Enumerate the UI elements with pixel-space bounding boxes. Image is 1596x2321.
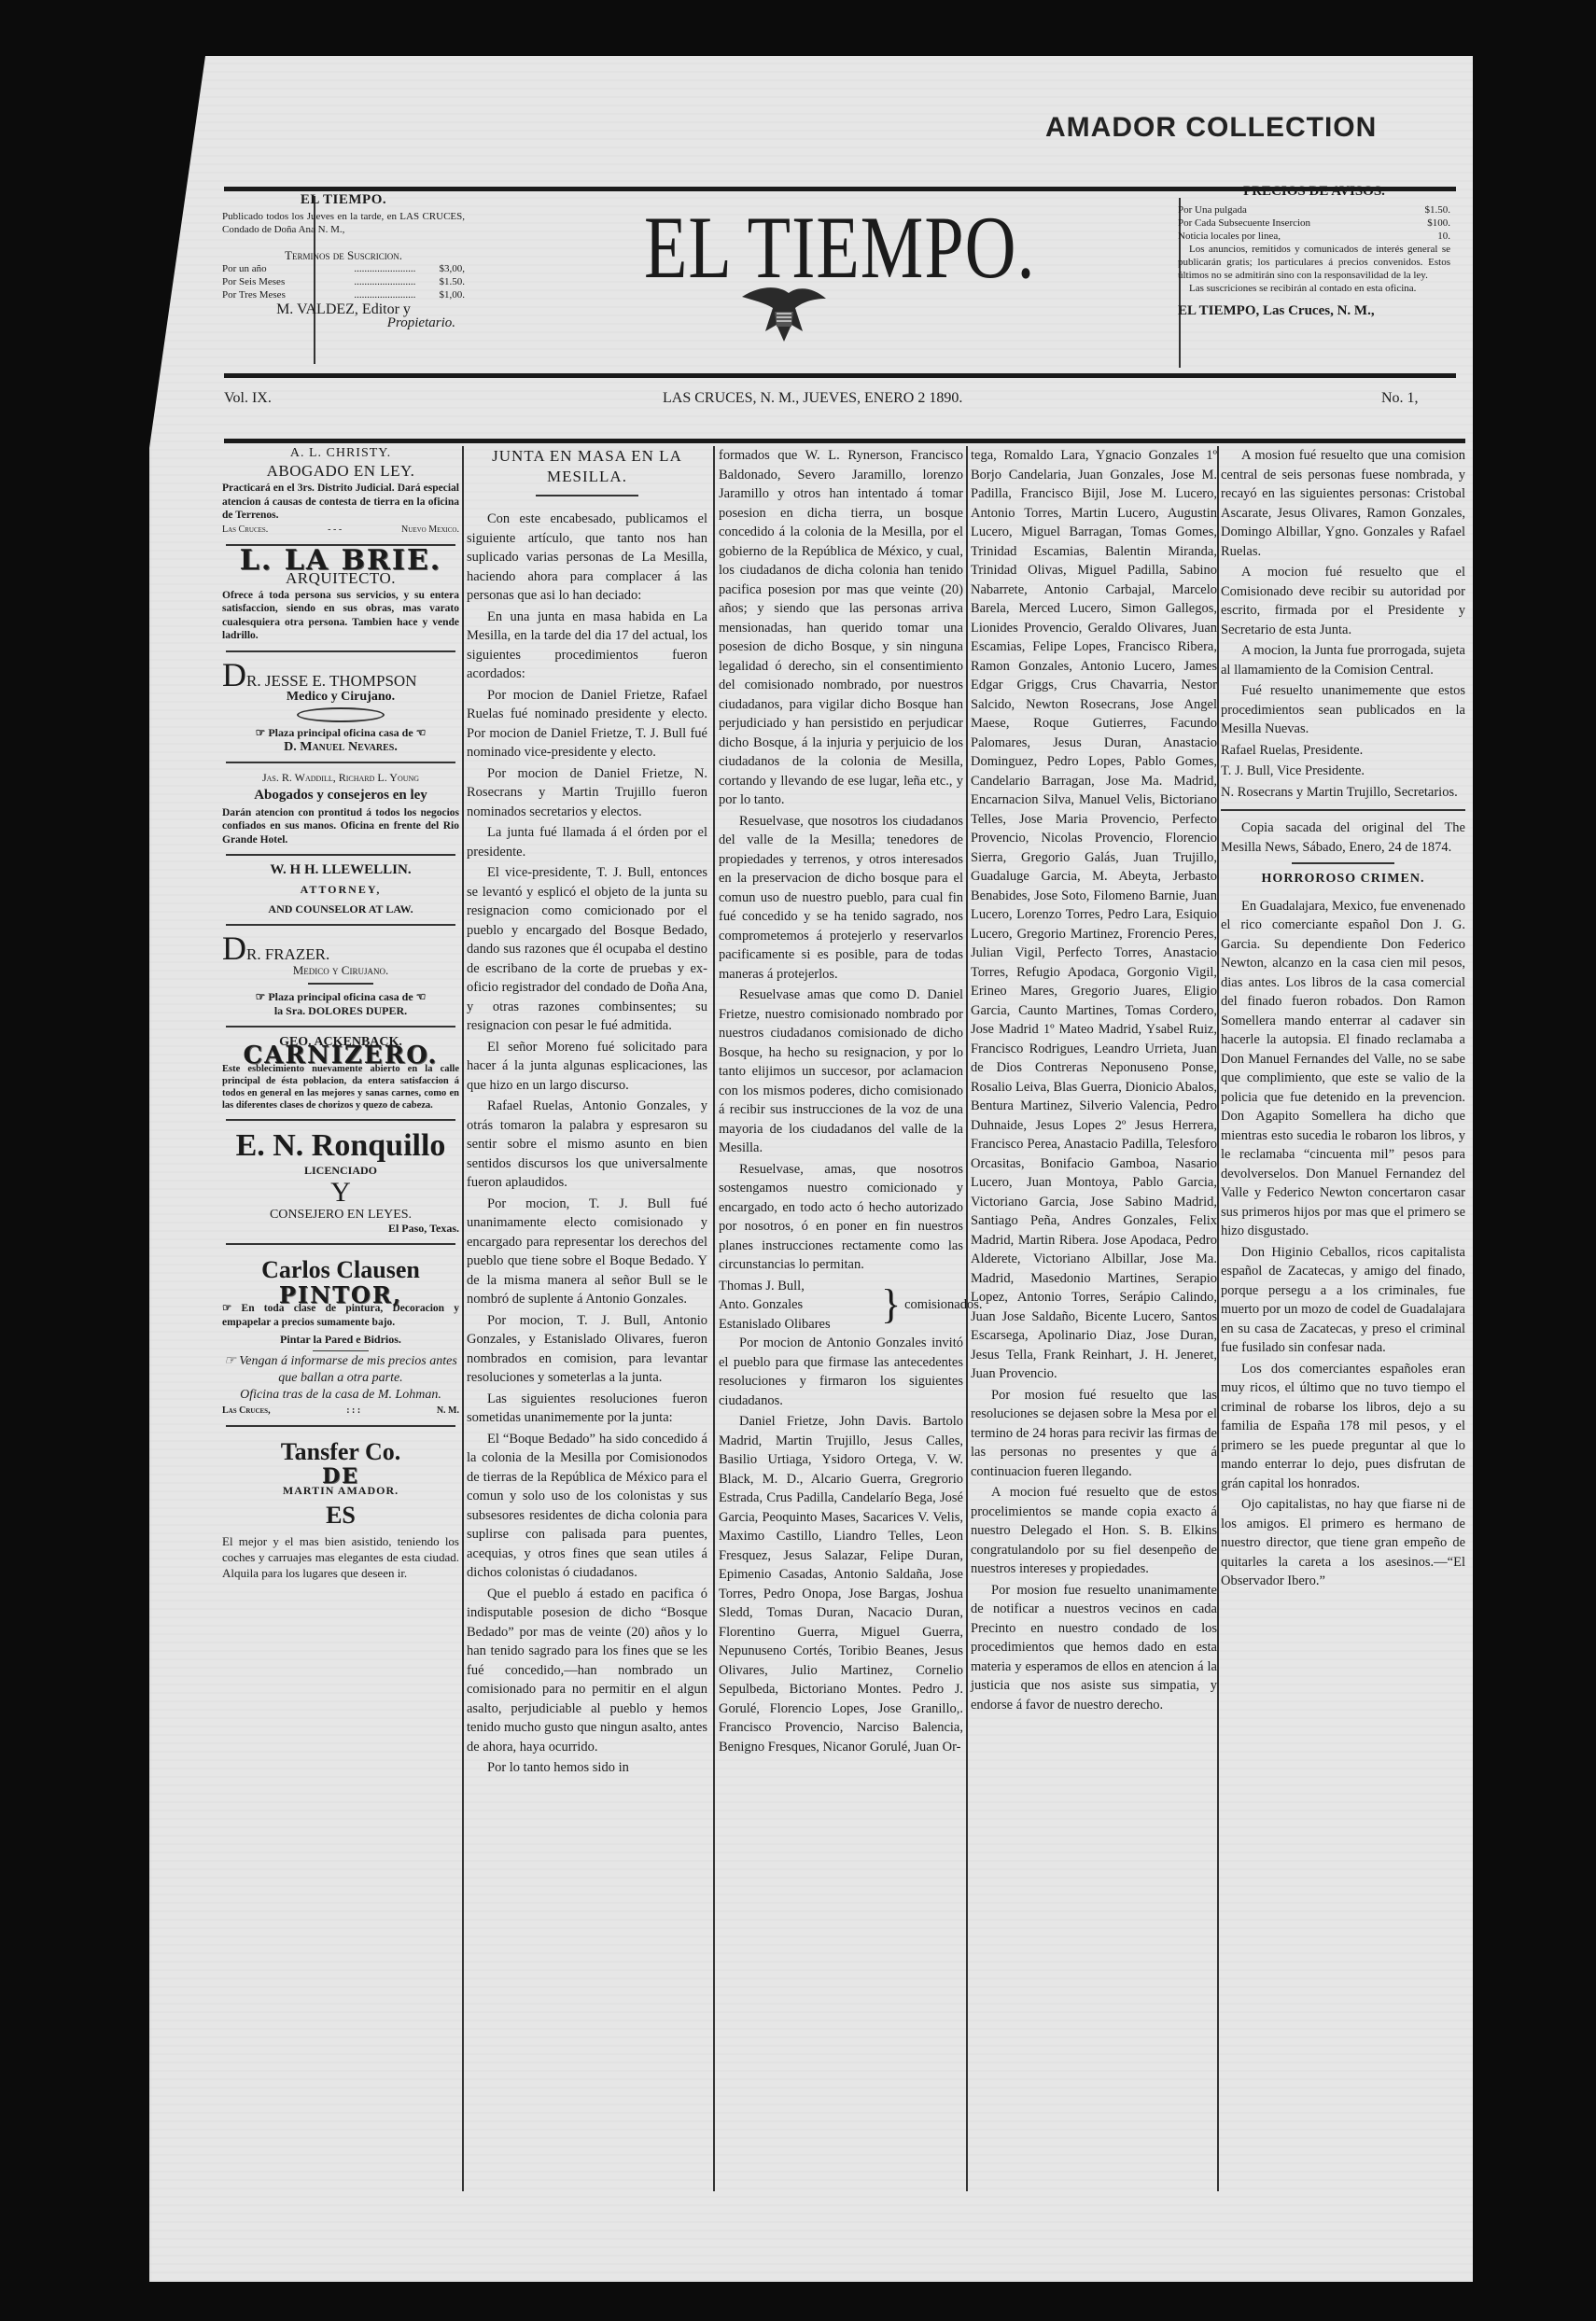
- ad-separator: [226, 1026, 455, 1028]
- owner-title: Propietario.: [222, 316, 465, 329]
- officer: T. J. Bull, Vice Presidente.: [1221, 762, 1465, 781]
- ad-clausen: Carlos Clausen PINTOR, ☞ En toda clase d…: [222, 1252, 459, 1418]
- article-headline: JUNTA EN MASA EN LA MESILLA.: [467, 446, 707, 487]
- ad-rates-signature: EL TIEMPO, Las Cruces, N. M.,: [1178, 304, 1450, 317]
- rate-row: Por Una pulgada$1.50.: [1178, 203, 1450, 217]
- article-junta-col5: A mosion fué resuelto que una comision c…: [1221, 446, 1465, 1593]
- ad-ackenback: GEO. ACKENBACK. CARNIZERO. Este esblecim…: [222, 1035, 459, 1112]
- ad-waddill-young: Jas. R. Waddill, Richard L. Young Abogad…: [222, 771, 459, 847]
- dateline-bottom-rule: [224, 439, 1465, 443]
- rate-row: Por un año........................$3,00,: [222, 262, 465, 275]
- article-headline: HORROROSO CRIMEN.: [1221, 870, 1465, 889]
- ad-separator: [226, 1243, 455, 1245]
- terms-title: Terminos de Suscricion.: [222, 249, 465, 262]
- column-divider: [966, 446, 968, 2191]
- ad-thompson: DR. JESSE E. THOMPSON Medico y Cirujano.…: [222, 660, 459, 754]
- subscription-box: EL TIEMPO. Publicado todos los Jueves en…: [222, 193, 465, 329]
- volume-label: Vol. IX.: [224, 390, 272, 407]
- ad-christy: A. L. CHRISTY. ABOGADO EN LEY. Practicar…: [222, 446, 459, 537]
- newspaper-title: EL TIEMPO.: [644, 198, 1036, 300]
- ad-rates-title: PRECIOS DE AVISOS.: [1178, 185, 1450, 198]
- rate-row: Por Seis Meses........................$1…: [222, 275, 465, 288]
- issue-date: LAS CRUCES, N. M., JUEVES, ENERO 2 1890.: [663, 390, 962, 407]
- officer: N. Rosecrans y Martin Trujillo, Secretar…: [1221, 783, 1465, 803]
- ad-separator: [226, 762, 455, 763]
- subscription-policy: Las suscriciones se recibirán al contado…: [1178, 282, 1450, 295]
- issue-number: No. 1,: [1381, 390, 1419, 407]
- eagle-emblem-icon: [737, 280, 831, 345]
- ad-policy: Los anuncios, remitidos y comunicados de…: [1178, 243, 1450, 282]
- subscription-box-title: EL TIEMPO.: [222, 193, 465, 206]
- committee-signature: Thomas J. Bull, Anto. Gonzales Estanisla…: [719, 1277, 963, 1335]
- brace-icon: }: [881, 1284, 901, 1325]
- ad-separator: [226, 924, 455, 926]
- rate-row: Noticia locales por linea,10.: [1178, 230, 1450, 243]
- rate-row: Por Cada Subsecuente Insercion$100.: [1178, 217, 1450, 230]
- article-junta-col4: tega, Romaldo Lara, Ygnacio Gonzales 1º …: [971, 446, 1217, 1716]
- ad-transfer: Tansfer Co. DE MARTIN AMADOR. ES El mejo…: [222, 1434, 459, 1581]
- officer: Rafael Ruelas, Presidente.: [1221, 741, 1465, 761]
- column-divider: [713, 446, 715, 2191]
- ad-ronquillo: E. N. Ronquillo LICENCIADO Y CONSEJERO E…: [222, 1128, 459, 1236]
- masthead-bottom-rule: [224, 373, 1456, 378]
- ad-frazer: DR. FRAZER. Medico y Cirujano. ☞ Plaza p…: [222, 933, 459, 1018]
- ad-rates-box: PRECIOS DE AVISOS. Por Una pulgada$1.50.…: [1178, 185, 1450, 317]
- ad-llewellin: W. H H. LLEWELLIN. ATTORNEY, AND COUNSEL…: [222, 863, 459, 916]
- article-junta-col2: JUNTA EN MASA EN LA MESILLA. Con este en…: [467, 446, 707, 1780]
- ad-separator: [226, 650, 455, 652]
- article-junta-col3: formados que W. L. Rynerson, Francisco B…: [719, 446, 963, 1758]
- ad-separator: [226, 854, 455, 856]
- ad-labrie: L. LA BRIE. ARQUITECTO. Ofrece á toda pe…: [222, 553, 459, 643]
- ad-separator: [226, 1119, 455, 1121]
- collection-stamp: AMADOR COLLECTION: [1045, 112, 1377, 144]
- column-divider: [462, 446, 464, 2191]
- editor-name: M. VALDEZ, Editor y: [222, 303, 465, 316]
- ornament: [297, 707, 385, 722]
- column-divider: [1217, 446, 1219, 2191]
- source-note: Copia sacada del original del The Mesill…: [1221, 818, 1465, 857]
- publication-note: Publicado todos los Jueves en la tarde, …: [222, 210, 465, 236]
- ad-separator: [226, 1425, 455, 1427]
- torn-corner: [149, 56, 205, 448]
- rate-row: Por Tres Meses........................$1…: [222, 288, 465, 301]
- advertisements-column: A. L. CHRISTY. ABOGADO EN LEY. Practicar…: [222, 446, 459, 1581]
